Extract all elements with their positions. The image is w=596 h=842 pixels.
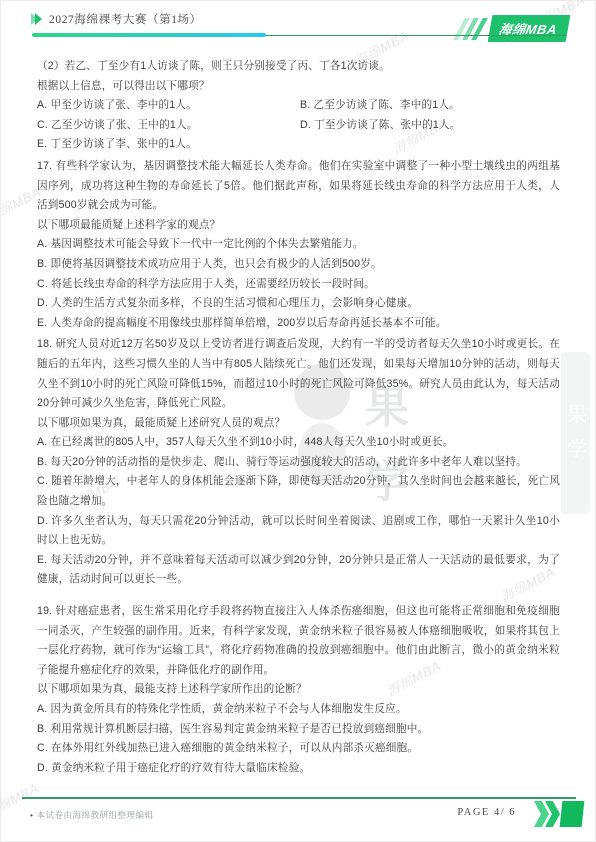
pager-square-icon bbox=[560, 801, 585, 827]
question-stem: 18. 研究人员对近12万名50岁及以上受访者进行调查后发现，大约有一半的受访者… bbox=[37, 335, 560, 413]
question-prompt: 根据以上信息，可以得出以下哪项？ bbox=[37, 77, 560, 97]
question-stem: 17. 有些科学家认为，基因调整技术能大幅延长人类寿命。他们在实验室中调整了一种… bbox=[37, 157, 560, 216]
exam-content: （2）若乙、丁至少有1人访谈了陈，则王只分别接受了丙、丁各1次访谈。 根据以上信… bbox=[37, 57, 560, 778]
question-17: 17. 有些科学家认为，基因调整技术能大幅延长人类寿命。他们在实验室中调整了一种… bbox=[37, 157, 560, 333]
exam-page: 海绵MBA 海绵MBA 海绵MBA 海绵MBA 海绵MBA 海绵MBA 海绵MB… bbox=[0, 0, 596, 842]
header-divider-thin-line bbox=[266, 35, 566, 36]
header-divider bbox=[32, 33, 566, 38]
option-a: A. 甲至少访谈了张、李中的1人。 bbox=[37, 96, 300, 116]
option-b: B. 利用常规计算机断层扫描，医生容易判定黄金纳米粒子是否已投放到癌细胞中。 bbox=[37, 720, 560, 740]
question-19: 19. 针对癌症患者，医生常采用化疗手段将药物直接注入人体杀伤癌细胞，但这也可能… bbox=[37, 602, 560, 778]
option-c: C. 将延长线虫寿命的科学方法应用于人类，还需要经历较长一段时间。 bbox=[37, 275, 560, 295]
footer-divider bbox=[22, 797, 576, 799]
question-18: 18. 研究人员对近12万名50岁及以上受访者进行调查后发现，大约有一半的受访者… bbox=[37, 335, 560, 590]
option-d: D. 丁至少访谈了陈、张中的1人。 bbox=[300, 116, 560, 136]
footer-note: •本试卷由海绵教研组整理编辑 bbox=[30, 809, 154, 821]
chevron-right-icon bbox=[534, 801, 549, 827]
option-c: C. 在体外用红外线加热已进入癌细胞的黄金纳米粒子，可以从内部杀灭癌细胞。 bbox=[37, 739, 560, 759]
option-e: E. 丁至少访谈了李、张中的1人。 bbox=[37, 135, 300, 155]
option-d: D. 许多久坐者认为，每天只需花20分钟活动，就可以长时间坐着阅读、追剧或工作，… bbox=[37, 512, 560, 551]
option-a: A. 基因调整技术可能会导致下一代中一定比例的个体失去繁殖能力。 bbox=[37, 235, 560, 255]
option-d: D. 人类的生活方式复杂而多样，不良的生活习惯和心理压力，会影响身心健康。 bbox=[37, 294, 560, 314]
option-b: B. 乙至少访谈了陈、李中的1人。 bbox=[300, 96, 560, 116]
question-prompt: 以下哪项如果为真，最能质疑上述研究人员的观点？ bbox=[37, 414, 560, 434]
question-stem: 19. 针对癌症患者，医生常采用化疗手段将药物直接注入人体杀伤癌细胞，但这也可能… bbox=[37, 602, 560, 680]
header-arrow-icon bbox=[30, 12, 44, 26]
option-d: D. 黄金纳米粒子用于癌症化疗的疗效有待大量临床检验。 bbox=[37, 759, 560, 779]
footer-bullet: • bbox=[30, 810, 33, 820]
option-c: C. 乙至少访谈了张、王中的1人。 bbox=[37, 116, 300, 136]
option-c: C. 随着年龄增大，中老年人的身体机能会逐渐下降，即使每天活动20分钟，其久坐时… bbox=[37, 472, 560, 511]
option-e: E. 每天活动20分钟，并不意味着每天活动可以减少到20分钟，20分钟只是正常人… bbox=[37, 551, 560, 590]
option-b: B. 即使将基因调整技术成功应用于人类，也只会有极少的人活到500岁。 bbox=[37, 255, 560, 275]
option-a: A. 在已经离世的805人中，357人每天久坐不到10小时，448人每天久坐10… bbox=[37, 433, 560, 453]
page-number-label: PAGE 4/ 6 bbox=[457, 807, 516, 818]
question-condition: （2）若乙、丁至少有1人访谈了陈，则王只分别接受了丙、丁各1次访谈。 bbox=[37, 57, 560, 77]
option-e: E. 人类寿命的提高幅度不用像线虫那样简单倍增，200岁以后寿命再延长基本不可能… bbox=[37, 314, 560, 334]
page-header-title: 2027海绵裸考大赛（第1场） bbox=[49, 11, 202, 27]
option-b: B. 每天20分钟的活动指的是快步走、爬山、骑行等运动强度较大的活动，对此许多中… bbox=[37, 453, 560, 473]
page-header: 2027海绵裸考大赛（第1场） bbox=[30, 11, 202, 27]
question-16-continued: （2）若乙、丁至少有1人访谈了陈，则王只分别接受了丙、丁各1次访谈。 根据以上信… bbox=[37, 57, 560, 155]
side-watermark-band: 果学 bbox=[561, 352, 590, 514]
header-divider-gradient bbox=[32, 33, 266, 37]
question-prompt: 以下哪项如果为真，最能支持上述科学家所作出的论断？ bbox=[37, 680, 560, 700]
option-a: A. 因为黄金所具有的特殊化学性质，黄金纳米粒子不会与人体细胞发生反应。 bbox=[37, 700, 560, 720]
question-prompt: 以下哪项最能质疑上述科学家的观点？ bbox=[37, 216, 560, 236]
next-page-chevrons-icon bbox=[538, 801, 583, 827]
footer-note-text: 本试卷由海绵教研组整理编辑 bbox=[36, 810, 153, 820]
options-grid: A. 甲至少访谈了张、李中的1人。 B. 乙至少访谈了陈、李中的1人。 C. 乙… bbox=[37, 96, 560, 155]
